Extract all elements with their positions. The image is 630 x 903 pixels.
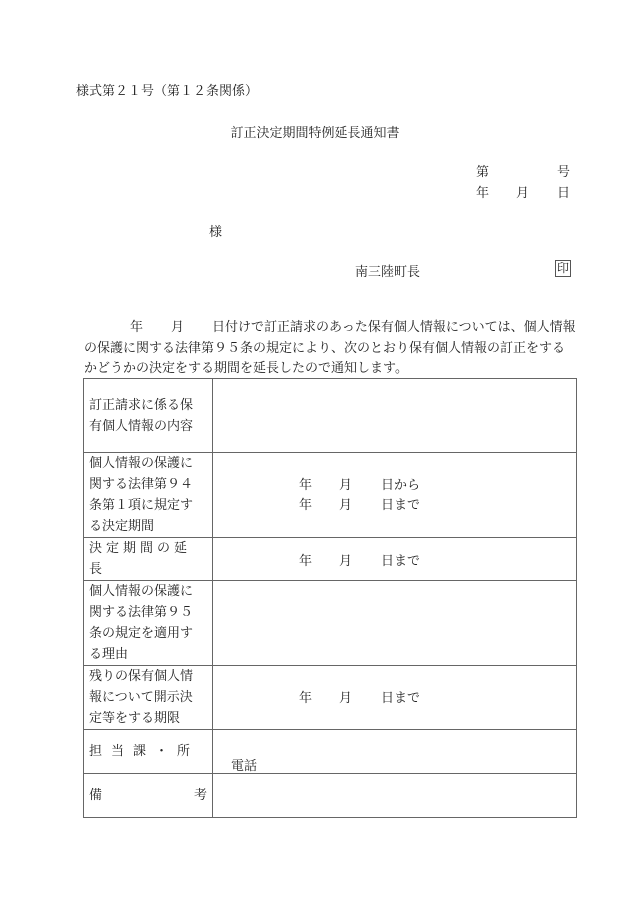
date-year: 年	[299, 476, 339, 496]
date-year: 年	[299, 550, 339, 569]
content-field[interactable]	[213, 379, 577, 453]
phone-label: 電話	[231, 755, 257, 774]
table-row: 個人情報の保護に 関する法律第９４ 条第１項に規定す る決定期間 年月日から 年…	[84, 453, 577, 538]
sender-name: 南三陸町長	[355, 261, 420, 280]
label-line: 定等をする期限	[89, 708, 207, 729]
form-number: 様式第２１号（第１２条関係）	[76, 80, 258, 99]
label-left: 備	[89, 785, 102, 806]
body-text: 年月日付けで訂正請求のあった保有個人情報については、個人情報 の保護に関する法律…	[84, 318, 584, 380]
table-row: 備考	[84, 774, 577, 818]
date-day: 日まで	[381, 498, 420, 513]
notice-table: 訂正請求に係る保 有個人情報の内容 個人情報の保護に 関する法律第９４ 条第１項…	[83, 378, 577, 818]
decision-period-field[interactable]: 年月日から 年月日まで	[213, 453, 577, 538]
date-day: 日まで	[381, 691, 420, 706]
date-day: 日から	[381, 478, 420, 493]
table-row: 決定期間の延長 年月日まで	[84, 538, 577, 581]
label-line: 訂正請求に係る保	[89, 395, 207, 416]
number-suffix: 号	[557, 161, 570, 180]
table-row: 担当課・所 電話	[84, 730, 577, 774]
label-line: る理由	[89, 644, 207, 665]
body-line3: かどうかの決定をする期間を延長したので通知します。	[84, 359, 584, 380]
deadline-field[interactable]: 年月日まで	[213, 666, 577, 730]
body-month: 月	[171, 320, 184, 335]
date-year: 年	[299, 687, 339, 706]
label-line: 有個人情報の内容	[89, 416, 207, 437]
date-month: 月	[339, 476, 381, 496]
label-line: 個人情報の保護に	[89, 453, 207, 474]
body-year: 年	[130, 320, 143, 335]
date-month: 月	[339, 496, 381, 516]
date-day: 日まで	[381, 554, 420, 569]
body-line1: 日付けで訂正請求のあった保有個人情報については、個人情報	[212, 320, 576, 335]
date-year: 年	[476, 182, 489, 201]
date-month: 月	[516, 182, 529, 201]
document-title: 訂正決定期間特例延長通知書	[0, 122, 630, 141]
label-line: 条第１項に規定す	[89, 495, 207, 516]
label-line: 条の規定を適用す	[89, 623, 207, 644]
label-line: 担当課・所	[89, 741, 207, 762]
body-line2: の保護に関する法律第９５条の規定により、次のとおり保有個人情報の訂正をする	[84, 339, 584, 360]
date-month: 月	[339, 687, 381, 706]
table-row: 個人情報の保護に 関する法律第９５ 条の規定を適用す る理由	[84, 581, 577, 666]
row-label: 訂正請求に係る保 有個人情報の内容	[84, 379, 213, 453]
remarks-field[interactable]	[213, 774, 577, 818]
number-prefix: 第	[476, 161, 489, 180]
row-label: 残りの保有個人情 報について開示決 定等をする期限	[84, 666, 213, 730]
table-row: 訂正請求に係る保 有個人情報の内容	[84, 379, 577, 453]
row-label: 個人情報の保護に 関する法律第９４ 条第１項に規定す る決定期間	[84, 453, 213, 538]
label-line: る決定期間	[89, 516, 207, 537]
row-label: 個人情報の保護に 関する法律第９５ 条の規定を適用す る理由	[84, 581, 213, 666]
extension-field[interactable]: 年月日まで	[213, 538, 577, 581]
date-lines: 年月日から 年月日まで	[299, 476, 420, 516]
row-label: 担当課・所	[84, 730, 213, 774]
label-line: 報について開示決	[89, 687, 207, 708]
date-day: 日	[557, 182, 570, 201]
date-month: 月	[339, 550, 381, 569]
department-field[interactable]: 電話	[213, 730, 577, 774]
label-line: 残りの保有個人情	[89, 666, 207, 687]
addressee-honorific: 様	[209, 221, 222, 240]
date-line: 年月日まで	[299, 687, 420, 706]
label-line: 個人情報の保護に	[89, 581, 207, 602]
row-label: 備考	[84, 774, 213, 818]
label-line: 関する法律第９４	[89, 474, 207, 495]
label-line: 関する法律第９５	[89, 602, 207, 623]
date-line: 年月日まで	[299, 550, 420, 569]
seal-mark: 印	[555, 260, 571, 277]
table-row: 残りの保有個人情 報について開示決 定等をする期限 年月日まで	[84, 666, 577, 730]
reason-field[interactable]	[213, 581, 577, 666]
date-year: 年	[299, 496, 339, 516]
label-line: 決定期間の延長	[89, 538, 207, 580]
label-right: 考	[194, 785, 207, 806]
row-label: 決定期間の延長	[84, 538, 213, 581]
